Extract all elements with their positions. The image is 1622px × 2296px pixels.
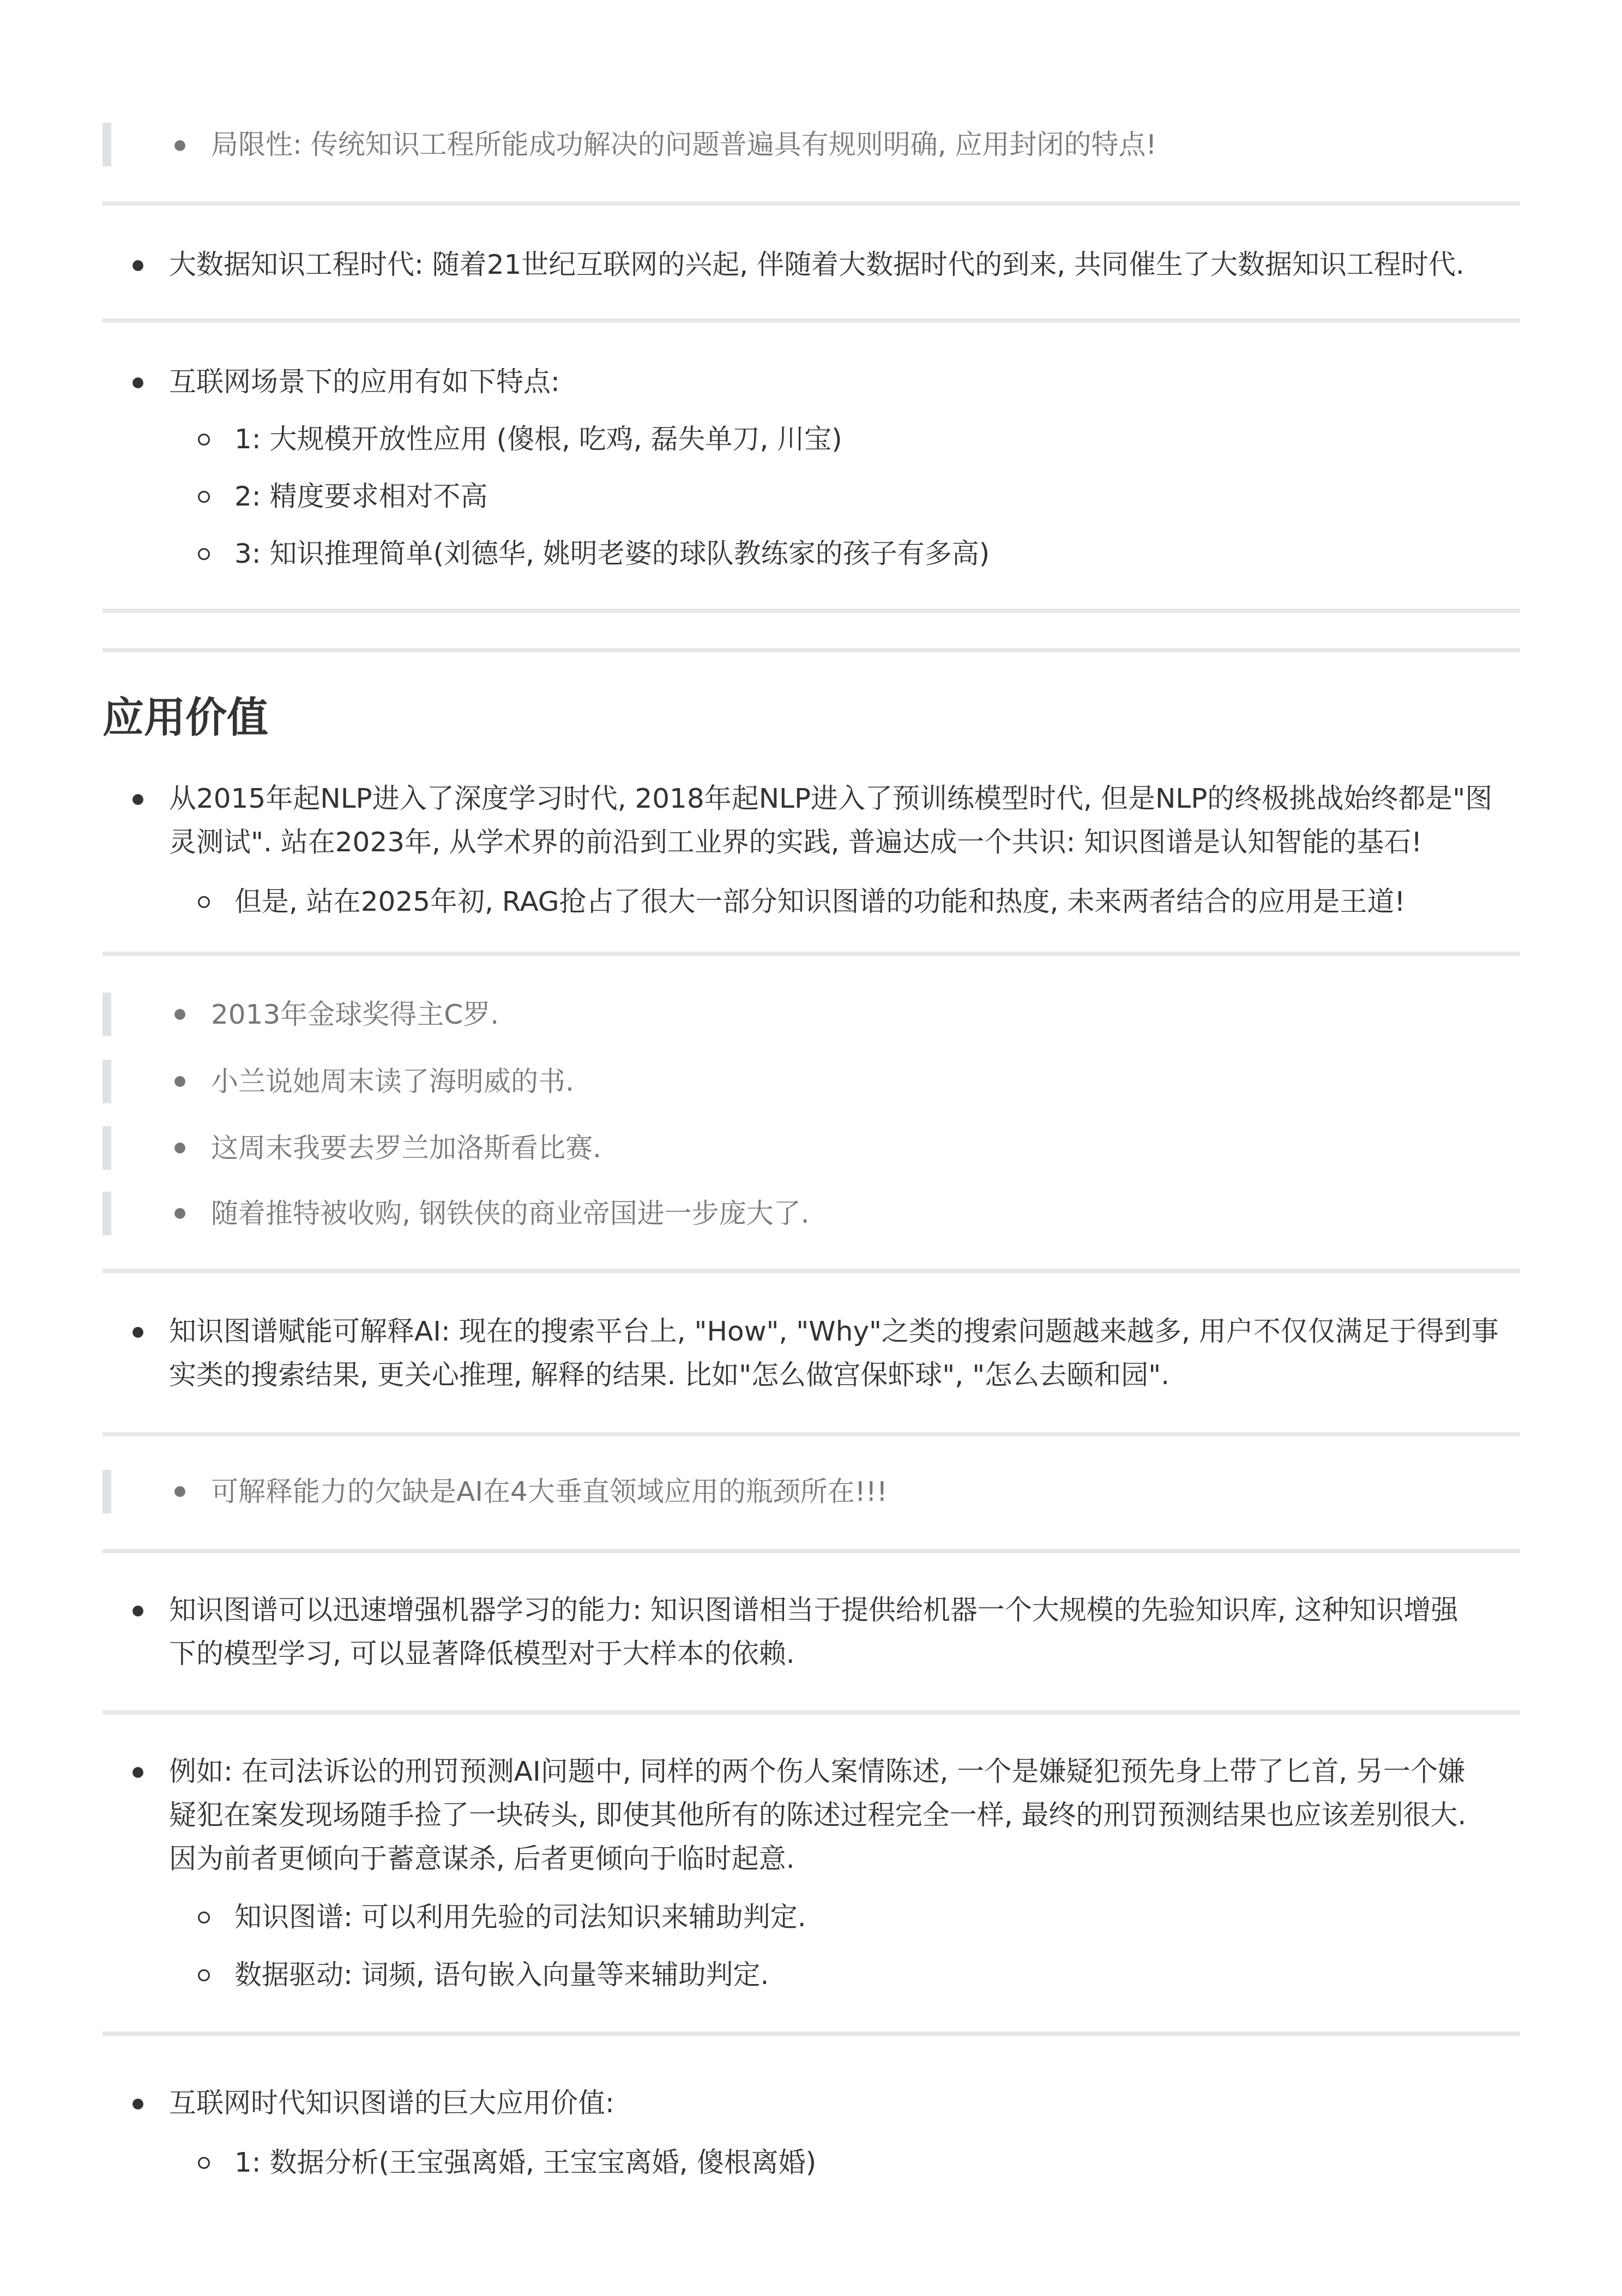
blockquote-bar xyxy=(102,993,111,1036)
bullet-icon xyxy=(132,794,143,805)
blockquote-bar xyxy=(102,1470,111,1513)
ml-boost-line-2: 下的模型学习, 可以显著降低模型对于大样本的依赖. xyxy=(169,1632,795,1675)
divider xyxy=(102,1432,1520,1436)
divider xyxy=(102,952,1520,956)
list-item: 但是, 站在2025年初, RAG抢占了很大一部分知识图谱的功能和热度, 未来两… xyxy=(234,880,1405,923)
bullet-icon xyxy=(174,1486,185,1497)
section-heading: 应用价值 xyxy=(102,690,268,745)
ml-boost-line-1: 知识图谱可以迅速增强机器学习的能力: 知识图谱相当于提供给机器一个大规模的先验知… xyxy=(169,1589,1458,1631)
bigdata-era-text: 大数据知识工程时代: 随着21世纪互联网的兴起, 伴随着大数据时代的到来, 共同… xyxy=(169,243,1464,286)
list-item: 2: 精度要求相对不高 xyxy=(234,475,488,518)
list-item: 数据驱动: 词频, 语句嵌入向量等来辅助判定. xyxy=(234,1954,769,1996)
quote-limitation: 局限性: 传统知识工程所能成功解决的问题普遍具有规则明确, 应用封闭的特点! xyxy=(211,123,1157,166)
internet-value-title: 互联网时代知识图谱的巨大应用价值: xyxy=(169,2082,614,2124)
quote-example: 这周末我要去罗兰加洛斯看比赛. xyxy=(211,1127,601,1169)
divider xyxy=(102,201,1520,206)
circle-bullet-icon xyxy=(198,491,210,503)
list-item: 1: 大规模开放性应用 (傻根, 吃鸡, 磊失单刀, 川宝) xyxy=(234,418,842,460)
quote-bottleneck: 可解释能力的欠缺是AI在4大垂直领域应用的瓶颈所在!!! xyxy=(211,1470,888,1513)
blockquote-bar xyxy=(102,123,111,166)
circle-bullet-icon xyxy=(198,434,210,446)
divider xyxy=(102,648,1520,652)
explainable-ai-line-1: 知识图谱赋能可解释AI: 现在的搜索平台上, "How", "Why"之类的搜索… xyxy=(169,1310,1499,1353)
divider xyxy=(102,2031,1520,2036)
blockquote-bar xyxy=(102,1192,111,1235)
blockquote-bar xyxy=(102,1126,111,1170)
quote-example: 随着推特被收购, 钢铁侠的商业帝国进一步庞大了. xyxy=(211,1192,810,1235)
circle-bullet-icon xyxy=(198,1912,210,1924)
bullet-icon xyxy=(174,140,185,151)
divider xyxy=(102,1269,1520,1273)
legal-example-line-3: 因为前者更倾向于蓄意谋杀, 后者更倾向于临时起意. xyxy=(169,1837,795,1880)
internet-features-title: 互联网场景下的应用有如下特点: xyxy=(169,360,560,403)
circle-bullet-icon xyxy=(198,896,210,908)
bullet-icon xyxy=(174,1143,185,1153)
list-item: 1: 数据分析(王宝强离婚, 王宝宝离婚, 傻根离婚) xyxy=(234,2141,816,2184)
list-item: 知识图谱: 可以利用先验的司法知识来辅助判定. xyxy=(234,1896,806,1938)
divider xyxy=(102,318,1520,323)
circle-bullet-icon xyxy=(198,548,210,560)
explainable-ai-line-2: 实类的搜索结果, 更关心推理, 解释的结果. 比如"怎么做宫保虾球", "怎么去… xyxy=(169,1354,1169,1396)
list-item: 3: 知识推理简单(刘德华, 姚明老婆的球队教练家的孩子有多高) xyxy=(234,532,990,575)
circle-bullet-icon xyxy=(198,2157,210,2169)
bullet-icon xyxy=(174,1076,185,1087)
bullet-icon xyxy=(132,377,143,388)
bullet-icon xyxy=(132,2099,143,2109)
legal-example-line-2: 疑犯在案发现场随手捡了一块砖头, 即使其他所有的陈述过程完全一样, 最终的刑罚预… xyxy=(169,1794,1466,1836)
bullet-icon xyxy=(174,1208,185,1219)
legal-example-line-1: 例如: 在司法诉讼的刑罚预测AI问题中, 同样的两个伤人案情陈述, 一个是嫌疑犯… xyxy=(169,1750,1465,1793)
nlp-history-line-1: 从2015年起NLP进入了深度学习时代, 2018年起NLP进入了预训练模型时代… xyxy=(169,777,1492,820)
quote-example: 2013年金球奖得主C罗. xyxy=(211,993,499,1036)
bullet-icon xyxy=(132,1606,143,1616)
divider xyxy=(102,609,1520,613)
bullet-icon xyxy=(132,260,143,271)
blockquote-bar xyxy=(102,1060,111,1103)
divider xyxy=(102,1549,1520,1553)
divider xyxy=(102,1710,1520,1715)
bullet-icon xyxy=(132,1327,143,1338)
bullet-icon xyxy=(132,1767,143,1778)
circle-bullet-icon xyxy=(198,1969,210,1981)
bullet-icon xyxy=(174,1009,185,1020)
nlp-history-line-2: 灵测试". 站在2023年, 从学术界的前沿到工业界的实践, 普遍达成一个共识:… xyxy=(169,821,1422,863)
quote-example: 小兰说她周末读了海明威的书. xyxy=(211,1060,574,1103)
